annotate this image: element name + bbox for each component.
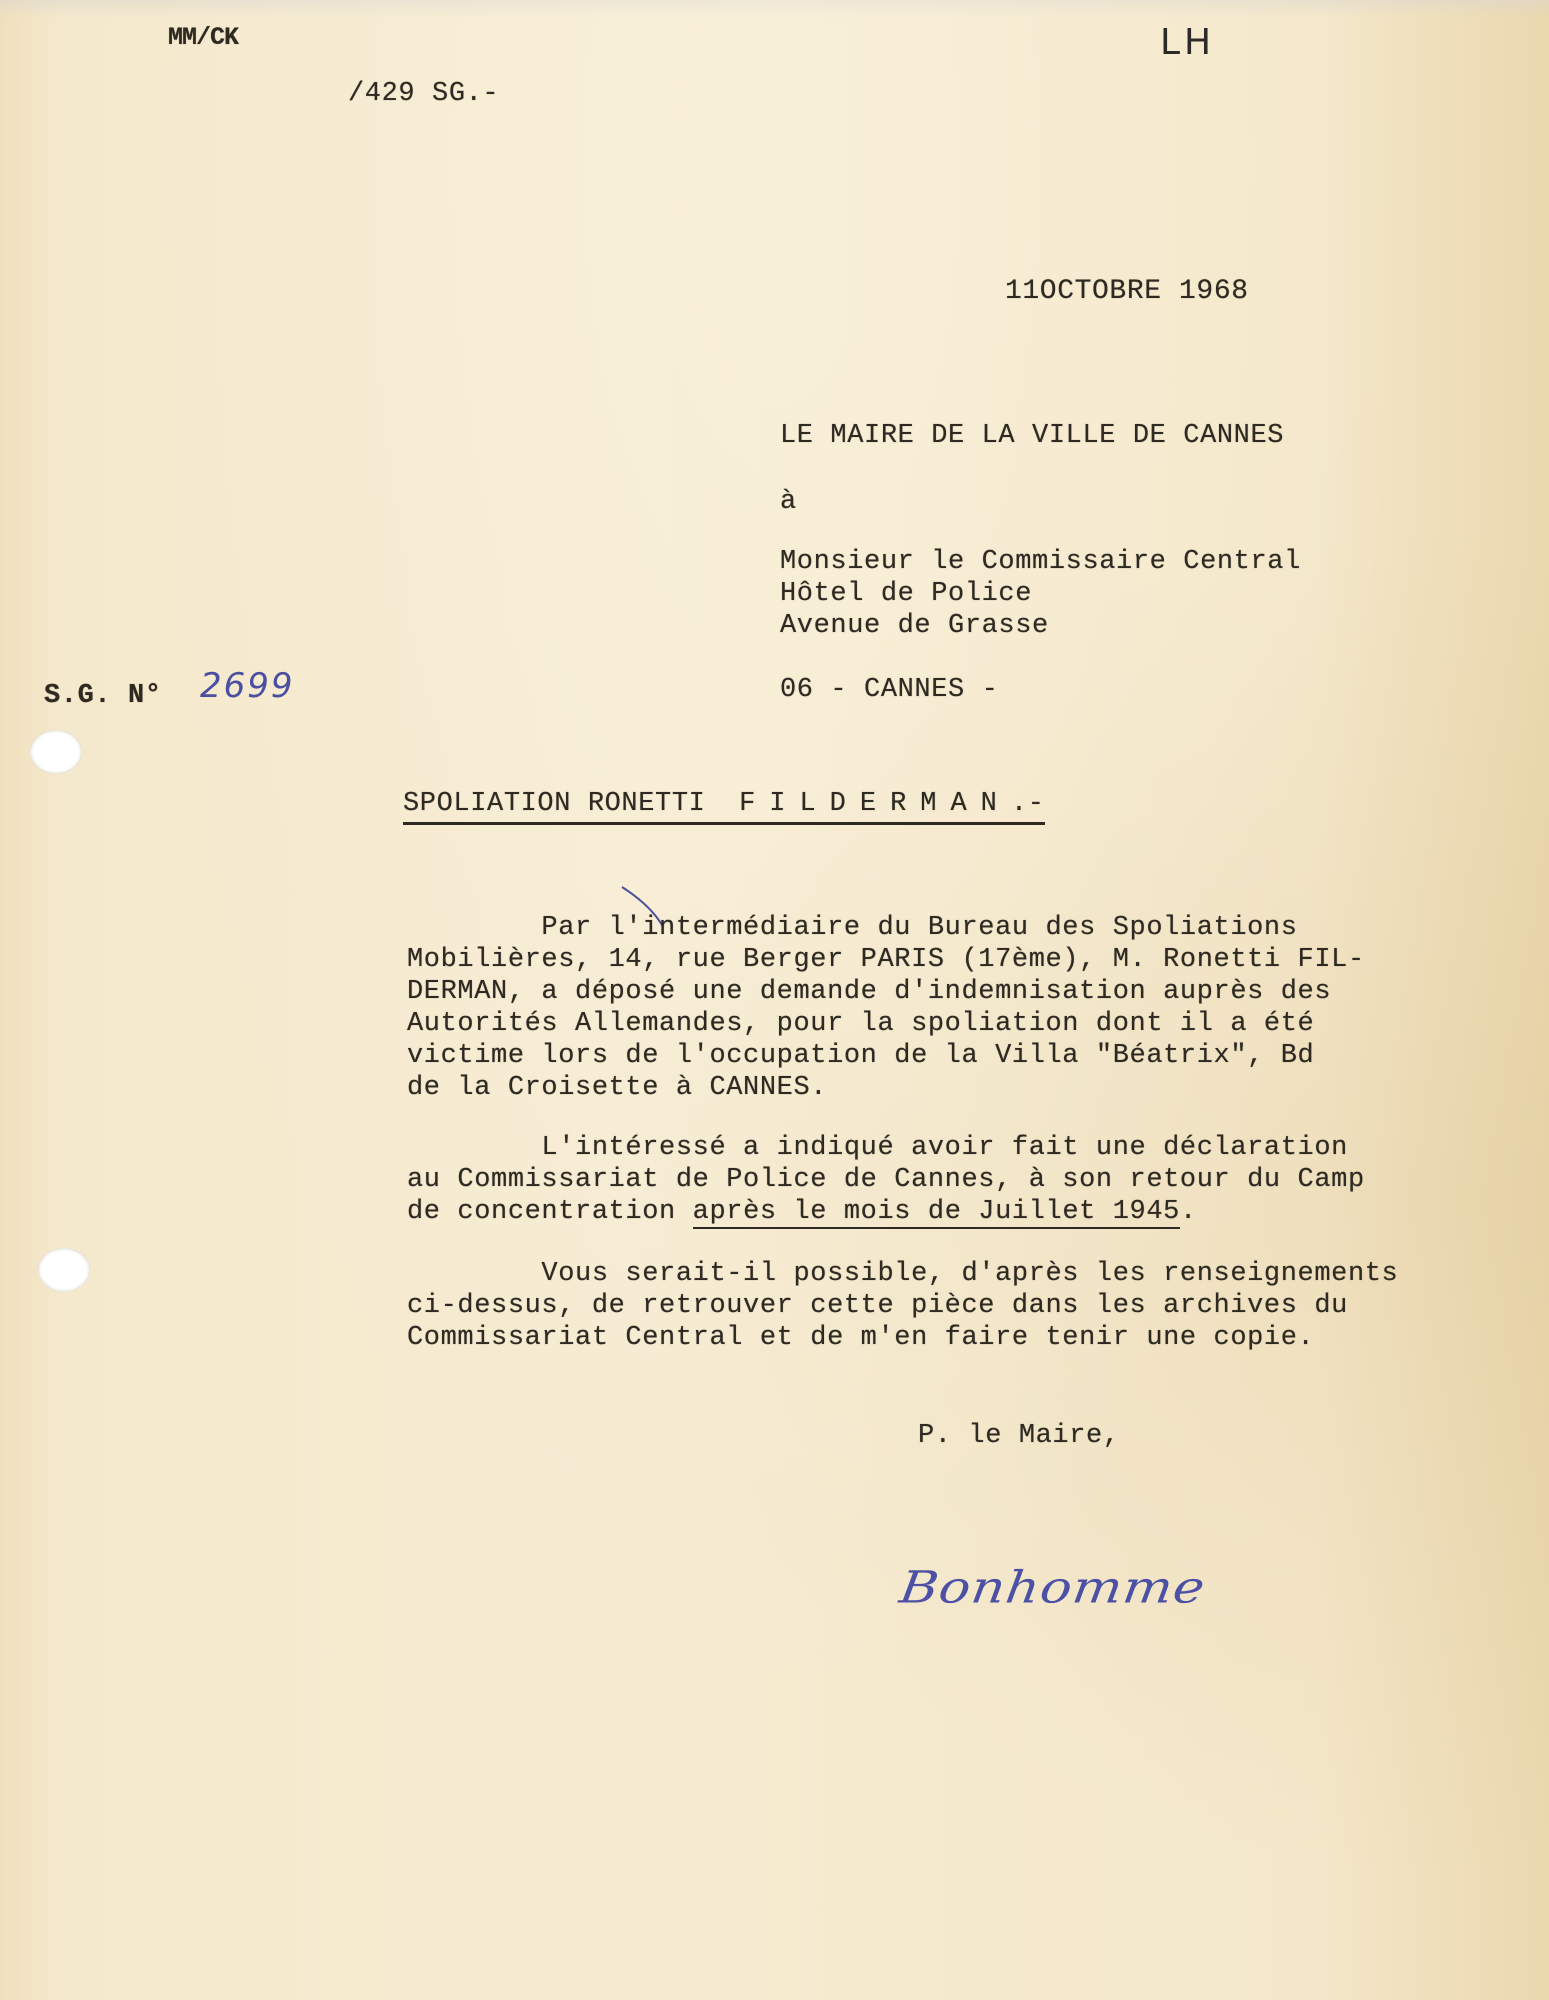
recipient-city: 06 - CANNES - bbox=[780, 674, 998, 706]
subject-name: FILDERMAN bbox=[739, 789, 1011, 819]
punch-hole bbox=[30, 730, 82, 774]
body-paragraph-3: Vous serait-il possible, d'après les ren… bbox=[407, 1258, 1527, 1354]
punch-hole bbox=[38, 1248, 90, 1292]
letter-page: MM/CK /429 SG.- LH 11OCTOBRE 1968 LE MAI… bbox=[0, 0, 1549, 2000]
body-paragraph-2: L'intéressé a indiqué avoir fait une déc… bbox=[407, 1132, 1527, 1228]
reference-initials: MM/CK bbox=[168, 22, 238, 54]
closing-line: P. le Maire, bbox=[918, 1420, 1120, 1452]
body-paragraph-1: Par l'intermédiaire du Bureau des Spolia… bbox=[407, 912, 1527, 1104]
registry-label: S.G. N° bbox=[44, 680, 162, 712]
paragraph-2-underlined-date: après le mois de Juillet 1945 bbox=[693, 1197, 1180, 1229]
recipient-street: Avenue de Grasse bbox=[780, 610, 1049, 642]
recipient-building: Hôtel de Police bbox=[780, 578, 1032, 610]
letter-date: 11OCTOBRE 1968 bbox=[1005, 276, 1249, 308]
recipient-title: Monsieur le Commissaire Central bbox=[780, 546, 1301, 578]
registry-number-handwritten: 2699 bbox=[200, 666, 295, 706]
sender-line: LE MAIRE DE LA VILLE DE CANNES bbox=[780, 420, 1284, 452]
reference-number: /429 SG.- bbox=[348, 78, 499, 110]
paragraph-2-end: . bbox=[1180, 1197, 1197, 1227]
to-word: à bbox=[780, 486, 797, 518]
subject-line: SPOLIATION RONETTI FILDERMAN.- bbox=[403, 788, 1045, 825]
subject-suffix: .- bbox=[1011, 789, 1045, 819]
signature: Bonhomme bbox=[896, 1563, 1208, 1614]
subject-prefix: SPOLIATION RONETTI bbox=[403, 789, 722, 819]
handwritten-initials: LH bbox=[1160, 22, 1215, 63]
